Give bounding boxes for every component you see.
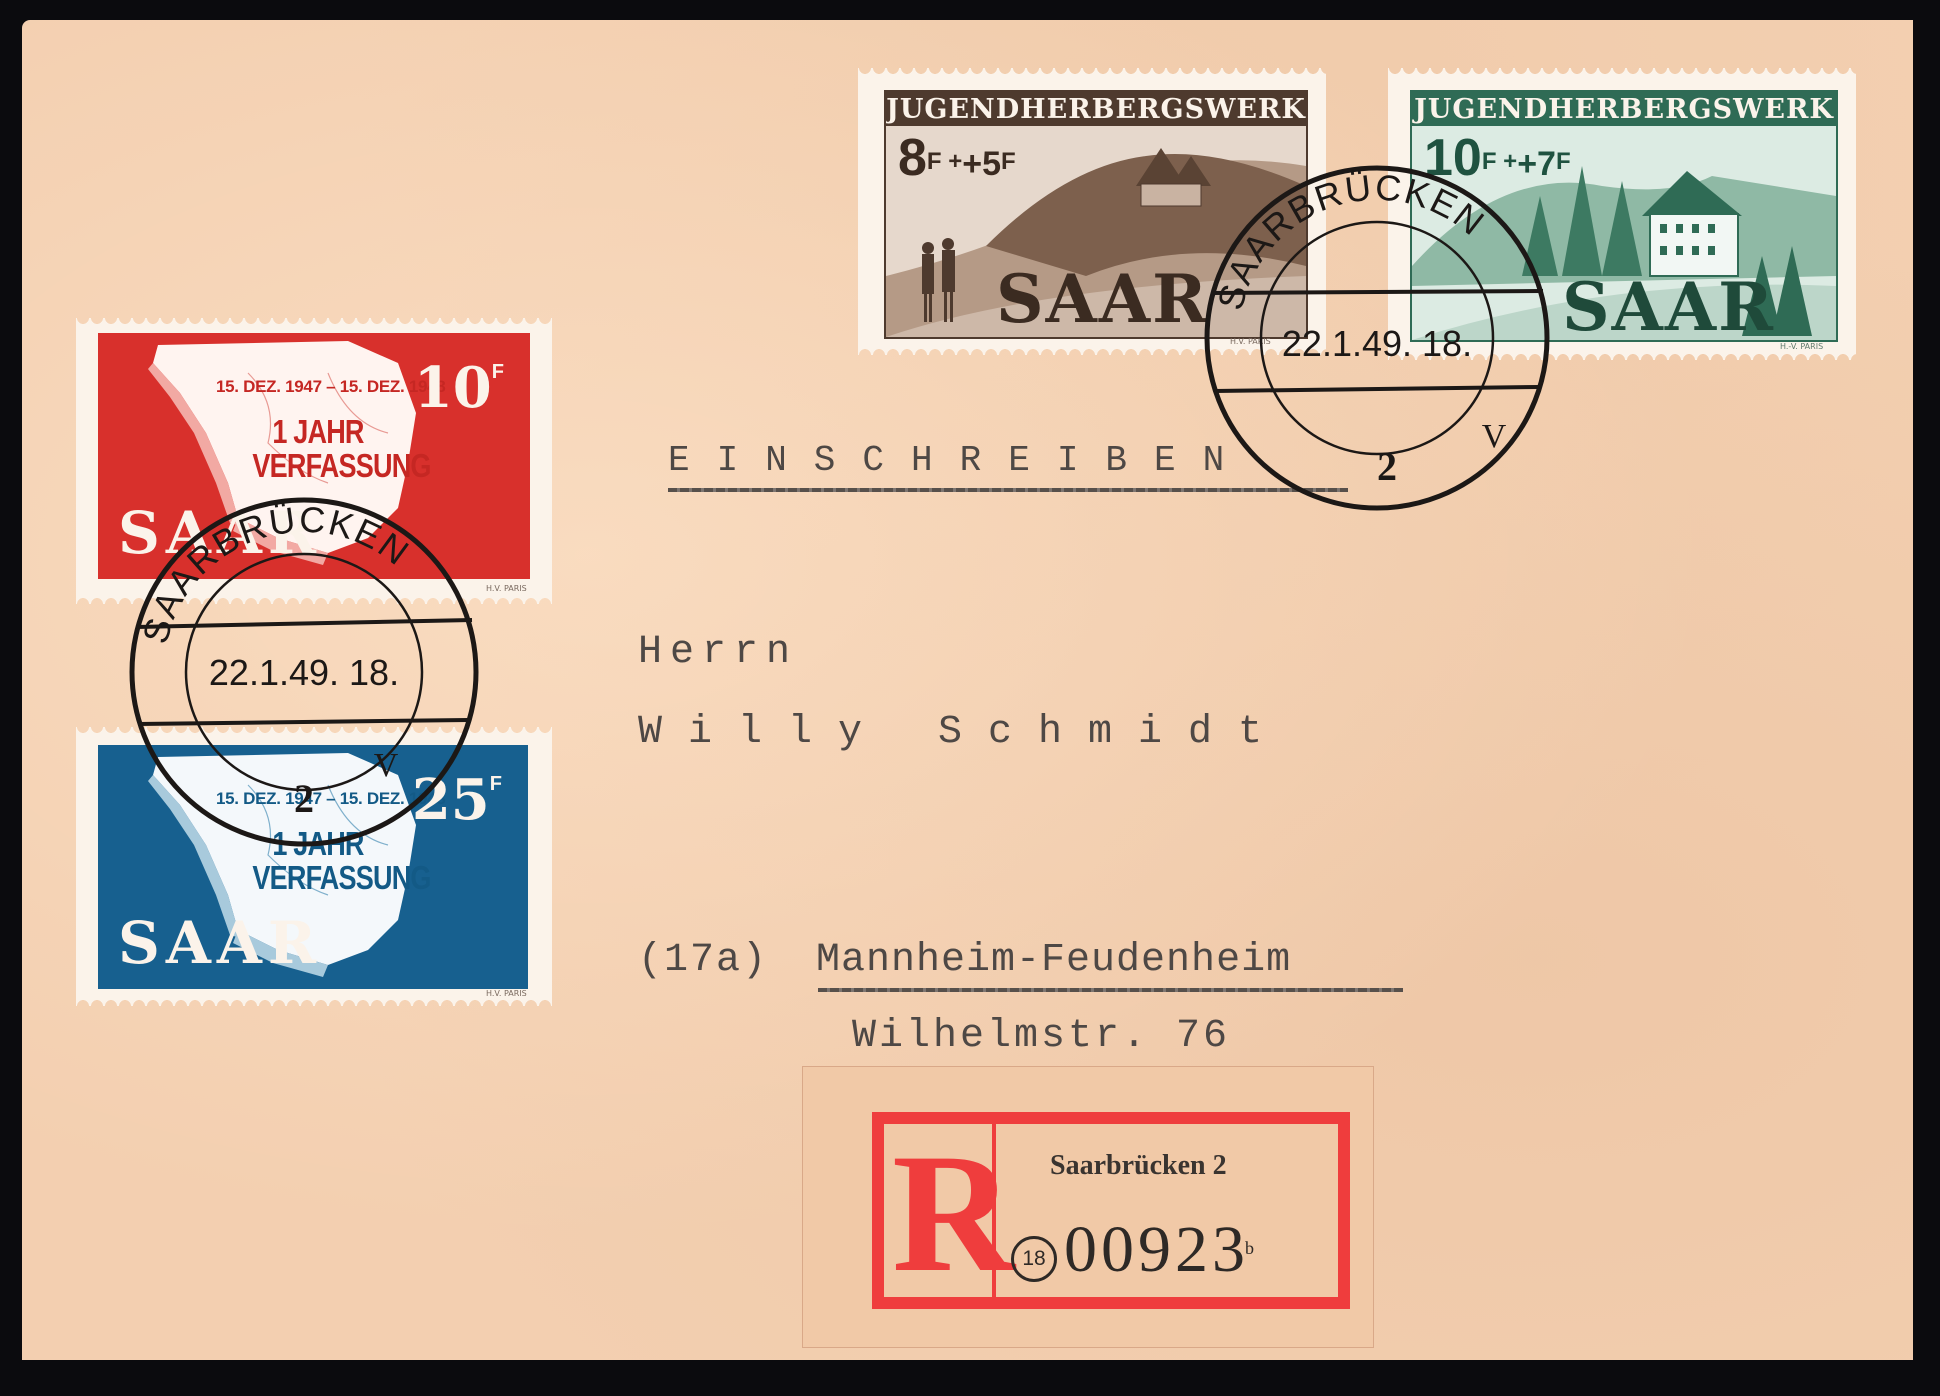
- city-underline: [818, 988, 1403, 992]
- address-city: Mannheim-Feudenheim: [816, 938, 1291, 983]
- address-street: Wilhelmstr. 76: [852, 1014, 1230, 1059]
- registration-number: 00923b: [1064, 1212, 1262, 1288]
- stamp-title: 1 JAHRVERFASSUNG: [252, 827, 383, 895]
- stamp-imprint: H.V. PARIS: [486, 584, 527, 593]
- stamp-youth-hostel-10f: JUGENDHERBERGSWERK 10F ++7F SAAR H.-V. P…: [1388, 68, 1856, 360]
- address-salutation: Herrn: [638, 630, 798, 675]
- registration-label: R Saarbrücken 2 18 00923b: [802, 1066, 1374, 1348]
- registration-circle-number: 18: [1011, 1236, 1057, 1282]
- stamp-denomination: 10F: [414, 355, 504, 421]
- stamp-imprint: H.V. PARIS: [1230, 337, 1271, 346]
- registration-letter: R: [884, 1124, 996, 1297]
- stamp-country-name: SAAR: [118, 909, 322, 977]
- stamp-country-name: SAAR: [1562, 268, 1775, 342]
- stamp-banner: JUGENDHERBERGSWERK: [1412, 92, 1836, 126]
- stamp-denomination: 25F: [412, 767, 502, 833]
- registration-office: Saarbrücken 2: [1050, 1150, 1227, 1182]
- address-name: Willy Schmidt: [638, 710, 1288, 755]
- stamp-country-name: SAAR: [996, 260, 1209, 338]
- stamp-youth-hostel-8f: JUGENDHERBERGSWERK 8F ++5F SAAR H.V. PAR…: [858, 68, 1326, 355]
- stamp-denomination: 10F ++7F: [1424, 132, 1571, 190]
- stamp-dates: 15. DEZ. 1947 – 15. DEZ. 1948: [216, 377, 445, 397]
- service-underline: [668, 488, 1348, 492]
- address-postal-zone: (17a): [638, 938, 768, 983]
- registration-frame: R Saarbrücken 2 18 00923b: [872, 1112, 1350, 1309]
- stamp-denomination: 8F ++5F: [898, 132, 1016, 190]
- stamp-banner: JUGENDHERBERGSWERK: [886, 92, 1306, 126]
- stamp-imprint: H.V. PARIS: [486, 989, 527, 998]
- stamp-country-name: SAAR: [118, 499, 322, 567]
- stamp-constitution-10f: 15. DEZ. 1947 – 15. DEZ. 1948 1 JAHRVERF…: [76, 318, 552, 604]
- service-endorsement: EINSCHREIBEN: [668, 440, 1251, 481]
- stamp-imprint: H.-V. PARIS: [1780, 342, 1823, 351]
- stamp-constitution-25f: 15. DEZ. 1947 – 15. DEZ. 1948 1 JAHRVERF…: [76, 727, 552, 1006]
- stamp-title: 1 JAHRVERFASSUNG: [252, 415, 383, 483]
